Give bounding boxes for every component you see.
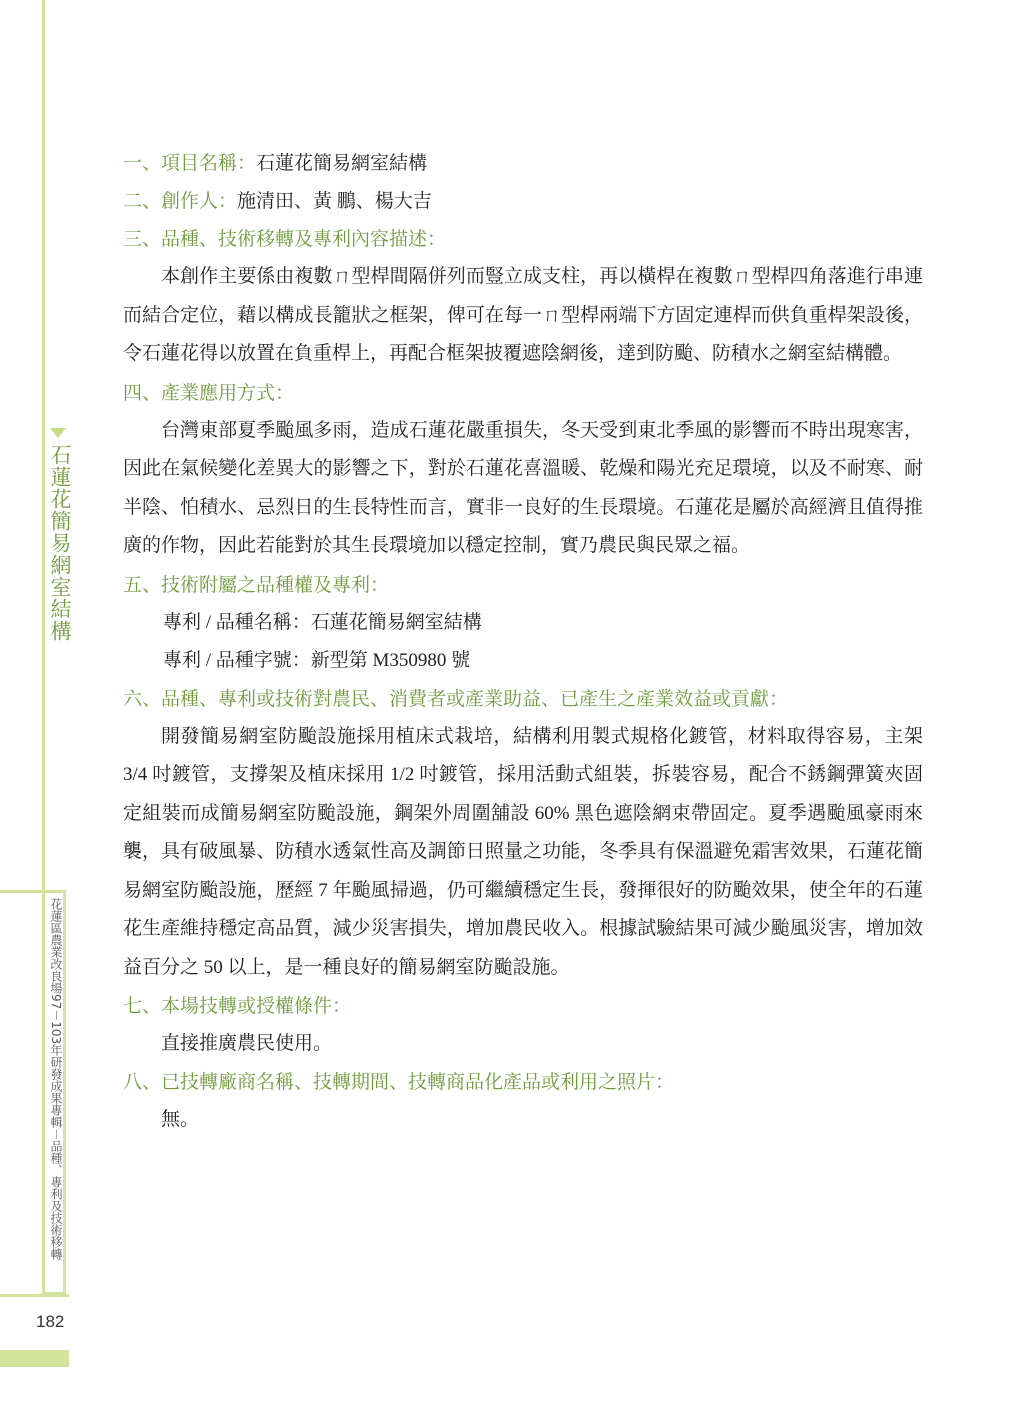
section-1: 一、項目名稱：石蓮花簡易網室結構 [123,144,923,182]
page-number: 182 [36,1312,64,1332]
project-name: 石蓮花簡易網室結構 [256,153,427,174]
section-4-body: 台灣東部夏季颱風多雨，造成石蓮花嚴重損失，冬天受到東北季風的影響而不時出現寒害，… [123,412,923,566]
section-heading: 二、創作人： [123,190,237,212]
section-3-heading: 三、品種、技術移轉及專利內容描述： [123,220,923,258]
section-5-heading: 五、技術附屬之品種權及專利： [123,566,923,604]
section-4-heading: 四、產業應用方式： [123,374,923,412]
section-7-text: 直接推廣農民使用。 [123,1025,923,1063]
margin-divider [0,890,44,893]
book-title-vertical: 花蓮區農業改良場97－103年研發成果專輯－品種、專利及技術移轉 [46,898,66,1260]
section-heading: 一、項目名稱： [123,152,256,174]
section-6-body: 開發簡易網室防颱設施採用植床式栽培，結構利用製式規格化鍍管，材料取得容易，主架 … [123,718,923,988]
chapter-title-vertical: 石蓮花簡易網室結構 [47,444,73,642]
chapter-marker-triangle-icon [50,428,66,438]
patent-name: 專利 / 品種名稱：石蓮花簡易網室結構 [123,604,923,642]
document-body: 一、項目名稱：石蓮花簡易網室結構 二、創作人：施清田、黃 鵬、楊大吉 三、品種、… [123,144,923,1139]
margin-divider-bottom [0,1294,69,1297]
section-7-heading: 七、本場技轉或授權條件： [123,987,923,1025]
section-3-body: 本創作主要係由複數ㄇ型桿間隔併列而豎立成支柱，再以橫桿在複數ㄇ型桿四角落進行串連… [123,258,923,374]
section-8-heading: 八、已技轉廠商名稱、技轉期間、技轉商品化產品或利用之照片： [123,1063,923,1101]
patent-number: 專利 / 品種字號：新型第 M350980 號 [123,642,923,680]
section-8-text: 無。 [123,1101,923,1139]
section-6-heading: 六、品種、專利或技術對農民、消費者或產業助益、已產生之產業效益或貢獻： [123,680,923,718]
page-tab-bar [0,1350,69,1367]
creators: 施清田、黃 鵬、楊大吉 [237,191,432,212]
section-2: 二、創作人：施清田、黃 鵬、楊大吉 [123,182,923,220]
